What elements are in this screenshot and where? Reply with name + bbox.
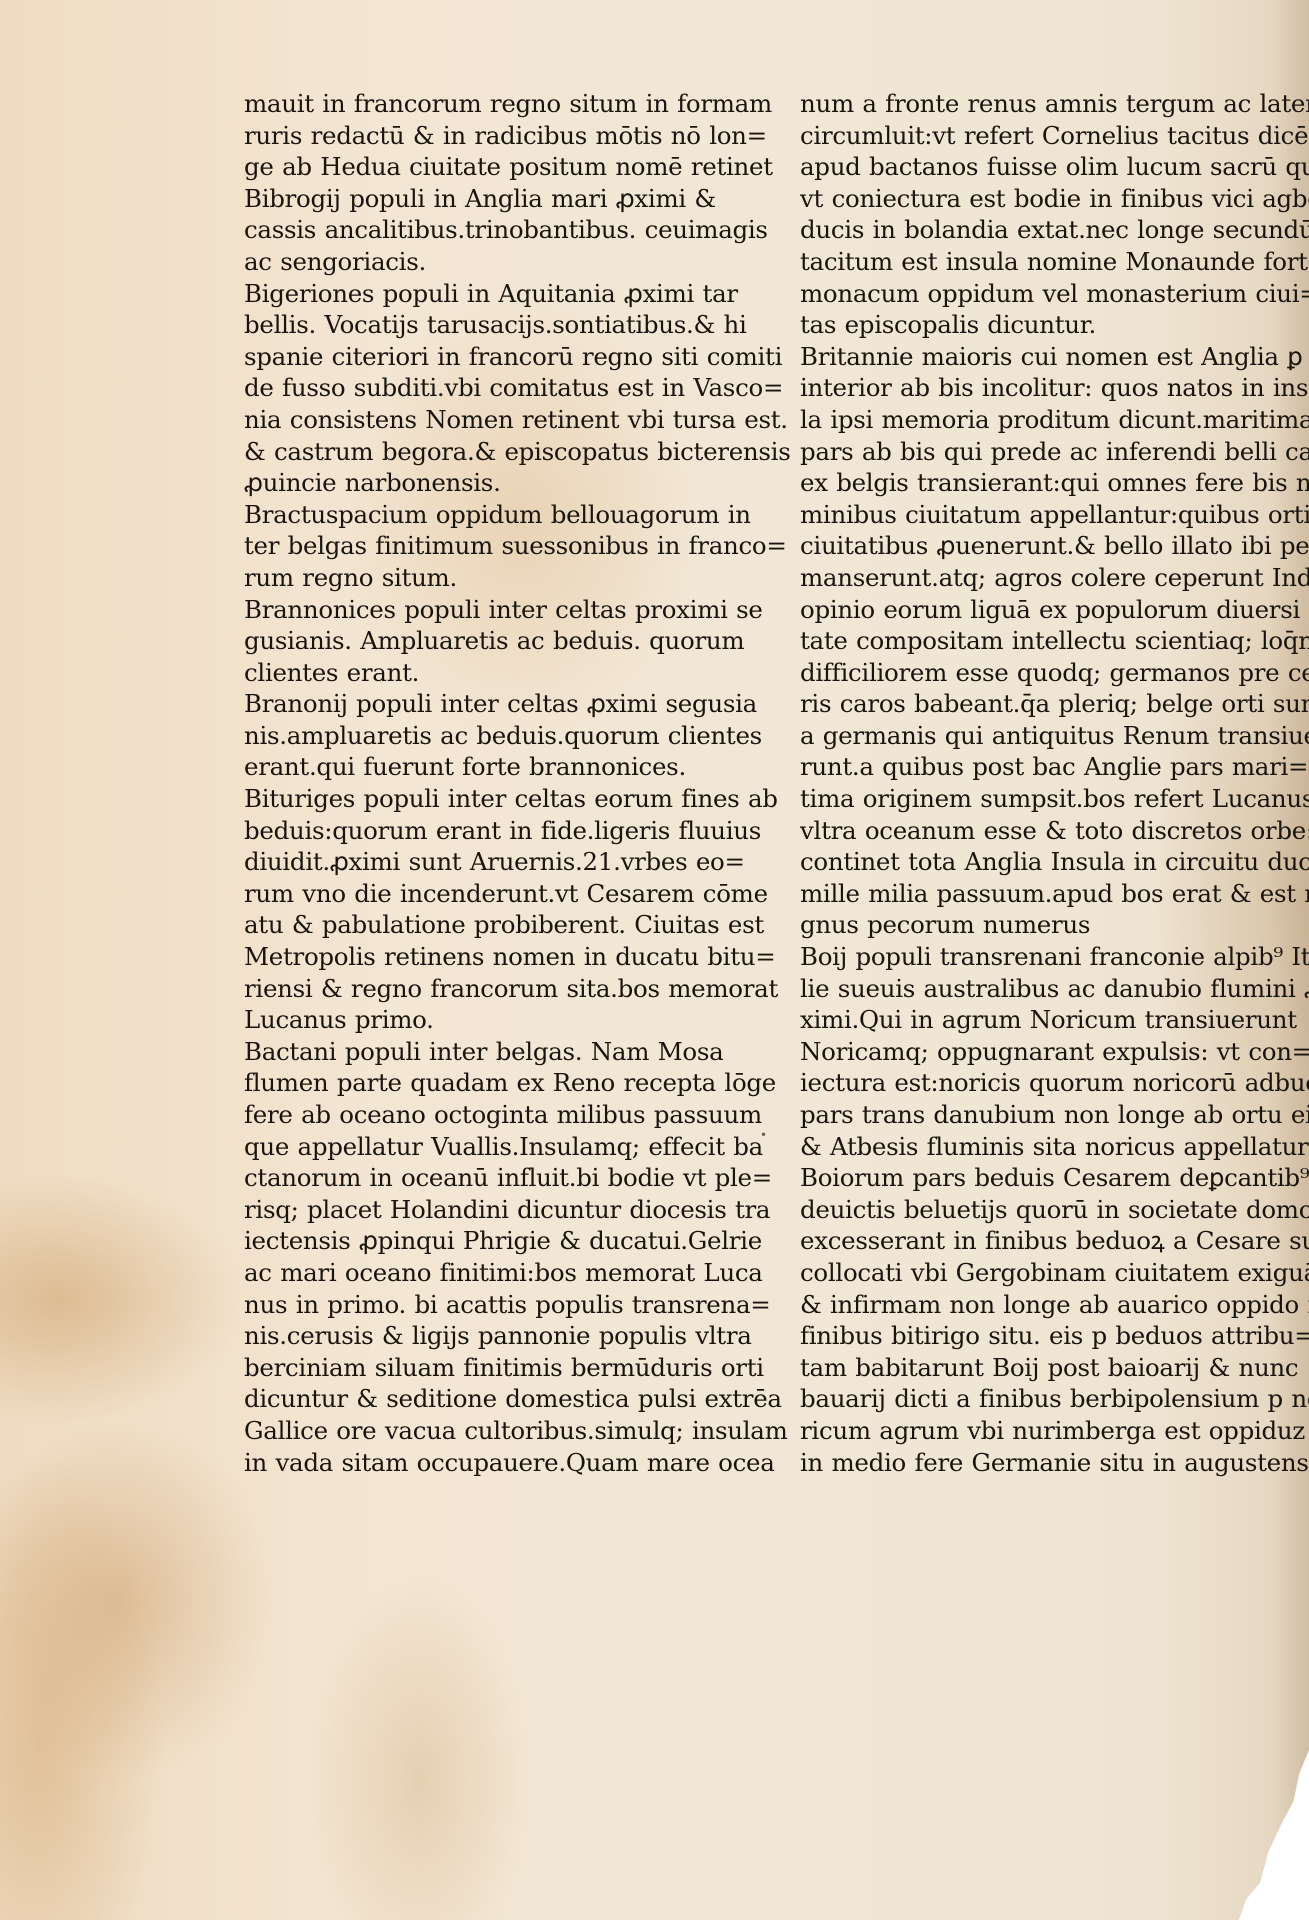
text-line: ꝓuincie narbonensis.: [244, 467, 744, 499]
text-line: dicuntur & seditione domestica pulsi ext…: [244, 1383, 744, 1415]
text-line: bauarij dicti a finibus berbipolensium p…: [800, 1383, 1240, 1415]
text-line: opinio eorum liguā ex populorum diuersi: [800, 594, 1240, 626]
text-line: rum vno die incenderunt.vt Cesarem cōme: [244, 878, 744, 910]
text-line: Gallice ore vacua cultoribus.simulq; ins…: [244, 1415, 744, 1447]
text-line: rum regno situm.: [244, 562, 744, 594]
text-line: gusianis. Ampluaretis ac beduis. quorum: [244, 625, 744, 657]
text-line: iectura est:noricis quorum noricorū adbu…: [800, 1067, 1240, 1099]
text-line: lie sueuis australibus ac danubio flumin…: [800, 973, 1240, 1005]
text-line: diuidit.ꝓximi sunt Aruernis.21.vrbes eo=: [244, 846, 744, 878]
text-line: ctanorum in oceanū influit.bi bodie vt p…: [244, 1162, 744, 1194]
text-line: ximi.Qui in agrum Noricum transiuerunt: [800, 1004, 1240, 1036]
text-line: Boiorum pars beduis Cesarem deꝑcantib⁹: [800, 1162, 1240, 1194]
manuscript-page: mauit in francorum regno situm in formam…: [0, 0, 1309, 1920]
text-line: num a fronte renus amnis tergum ac later…: [800, 88, 1240, 120]
text-line: interior ab bis incolitur: quos natos in…: [800, 372, 1240, 404]
text-line: collocati vbi Gergobinam ciuitatem exigu…: [800, 1257, 1240, 1289]
text-line: in vada sitam occupauere.Quam mare ocea: [244, 1447, 744, 1479]
text-line: ricum agrum vbi nurimberga est oppiduz: [800, 1415, 1240, 1447]
text-line: Brannonices populi inter celtas proximi …: [244, 594, 744, 626]
text-line: runt.a quibus post bac Anglie pars mari=: [800, 751, 1240, 783]
text-line: & castrum begora.& episcopatus bicterens…: [244, 436, 744, 468]
text-line: minibus ciuitatum appellantur:quibus ort…: [800, 499, 1240, 531]
text-line: pars ab bis qui prede ac inferendi belli…: [800, 436, 1240, 468]
text-line: ex belgis transierant:qui omnes fere bis…: [800, 467, 1240, 499]
text-line: spanie citeriori in francorū regno siti …: [244, 341, 744, 373]
text-line: mauit in francorum regno situm in formam: [244, 88, 744, 120]
text-line: in medio fere Germanie situ in augustens…: [800, 1447, 1240, 1479]
text-line: & infirmam non longe ab auarico oppido i: [800, 1289, 1240, 1321]
text-line: Metropolis retinens nomen in ducatu bitu…: [244, 941, 744, 973]
text-line: Noricamq; oppugnarant expulsis: vt con=: [800, 1036, 1240, 1068]
text-line: atu & pabulatione probiberent. Ciuitas e…: [244, 909, 744, 941]
text-line: iectensis ꝓpinqui Phrigie & ducatui.Gelr…: [244, 1225, 744, 1257]
text-line: pars trans danubium non longe ab ortu ei…: [800, 1099, 1240, 1131]
text-line: Bigeriones populi in Aquitania ꝓximi tar: [244, 278, 744, 310]
ink-dot-mark: •: [760, 1128, 767, 1142]
text-line: Boij populi transrenani franconie alpib⁹…: [800, 941, 1240, 973]
text-line: la ipsi memoria proditum dicunt.maritima: [800, 404, 1240, 436]
text-line: Britannie maioris cui nomen est Anglia ꝑ: [800, 341, 1240, 373]
text-line: berciniam siluam finitimis bermūduris or…: [244, 1352, 744, 1384]
text-line: que appellatur Vuallis.Insulamq; effecit…: [244, 1131, 744, 1163]
text-line: ac mari oceano finitimi:bos memorat Luca: [244, 1257, 744, 1289]
text-line: Bactani populi inter belgas. Nam Mosa: [244, 1036, 744, 1068]
text-line: Lucanus primo.: [244, 1004, 744, 1036]
text-line: tate compositam intellectu scientiaq; lo…: [800, 625, 1240, 657]
text-line: ac sengoriacis.: [244, 246, 744, 278]
text-line: Bituriges populi inter celtas eorum fine…: [244, 783, 744, 815]
text-line: apud bactanos fuisse olim lucum sacrū qu…: [800, 151, 1240, 183]
text-line: Branonij populi inter celtas ꝓximi segus…: [244, 688, 744, 720]
text-line: bellis. Vocatijs tarusacijs.sontiatibus.…: [244, 309, 744, 341]
text-line: circumluit:vt refert Cornelius tacitus d…: [800, 120, 1240, 152]
text-line: Bractuspacium oppidum bellouagorum in: [244, 499, 744, 531]
text-line: gnus pecorum numerus: [800, 909, 1240, 941]
text-line: erant.qui fuerunt forte brannonices.: [244, 751, 744, 783]
text-line: & Atbesis fluminis sita noricus appellat…: [800, 1131, 1240, 1163]
text-line: nis.cerusis & ligijs pannonie populis vl…: [244, 1320, 744, 1352]
left-text-column: mauit in francorum regno situm in formam…: [244, 88, 744, 1478]
text-line: difficiliorem esse quodq; germanos pre c…: [800, 657, 1240, 689]
text-line: riensi & regno francorum sita.bos memora…: [244, 973, 744, 1005]
text-line: manserunt.atq; agros colere ceperunt Ind…: [800, 562, 1240, 594]
text-line: nis.ampluaretis ac beduis.quorum cliente…: [244, 720, 744, 752]
text-line: excesserant in finibus beduoꝝ a Cesare s…: [800, 1225, 1240, 1257]
text-line: monacum oppidum vel monasterium ciui=: [800, 278, 1240, 310]
text-line: continet tota Anglia Insula in circuitu …: [800, 846, 1240, 878]
text-line: ciuitatibus ꝓuenerunt.& bello illato ibi…: [800, 530, 1240, 562]
text-line: nia consistens Nomen retinent vbi tursa …: [244, 404, 744, 436]
text-line: nus in primo. bi acattis populis transre…: [244, 1289, 744, 1321]
text-line: tima originem sumpsit.bos refert Lucanus: [800, 783, 1240, 815]
text-line: a germanis qui antiquitus Renum transiue…: [800, 720, 1240, 752]
text-line: vt coniectura est bodie in finibus vici …: [800, 183, 1240, 215]
text-line: de fusso subditi.vbi comitatus est in Va…: [244, 372, 744, 404]
text-line: ge ab Hedua ciuitate positum nomē retine…: [244, 151, 744, 183]
text-line: finibus bitirigo situ. eis p beduos attr…: [800, 1320, 1240, 1352]
text-line: fere ab oceano octoginta milibus passuum: [244, 1099, 744, 1131]
right-text-column: num a fronte renus amnis tergum ac later…: [800, 88, 1240, 1478]
text-line: vltra oceanum esse & toto discretos orbe…: [800, 815, 1240, 847]
text-line: ris caros babeant.q̄a pleriq; belge orti…: [800, 688, 1240, 720]
text-line: ducis in bolandia extat.nec longe secund…: [800, 214, 1240, 246]
text-line: clientes erant.: [244, 657, 744, 689]
text-line: beduis:quorum erant in fide.ligeris fluu…: [244, 815, 744, 847]
text-line: tas episcopalis dicuntur.: [800, 309, 1240, 341]
text-line: mille milia passuum.apud bos erat & est …: [800, 878, 1240, 910]
text-line: tacitum est insula nomine Monaunde forte: [800, 246, 1240, 278]
text-line: deuictis beluetijs quorū in societate do…: [800, 1194, 1240, 1226]
text-line: tam babitarunt Boij post baioarij & nunc: [800, 1352, 1240, 1384]
text-line: cassis ancalitibus.trinobantibus. ceuima…: [244, 214, 744, 246]
text-line: ruris redactū & in radicibus mōtis nō lo…: [244, 120, 744, 152]
text-line: flumen parte quadam ex Reno recepta lōge: [244, 1067, 744, 1099]
text-line: risq; placet Holandini dicuntur diocesis…: [244, 1194, 744, 1226]
text-line: ter belgas finitimum suessonibus in fran…: [244, 530, 744, 562]
text-line: Bibrogij populi in Anglia mari ꝓximi &: [244, 183, 744, 215]
